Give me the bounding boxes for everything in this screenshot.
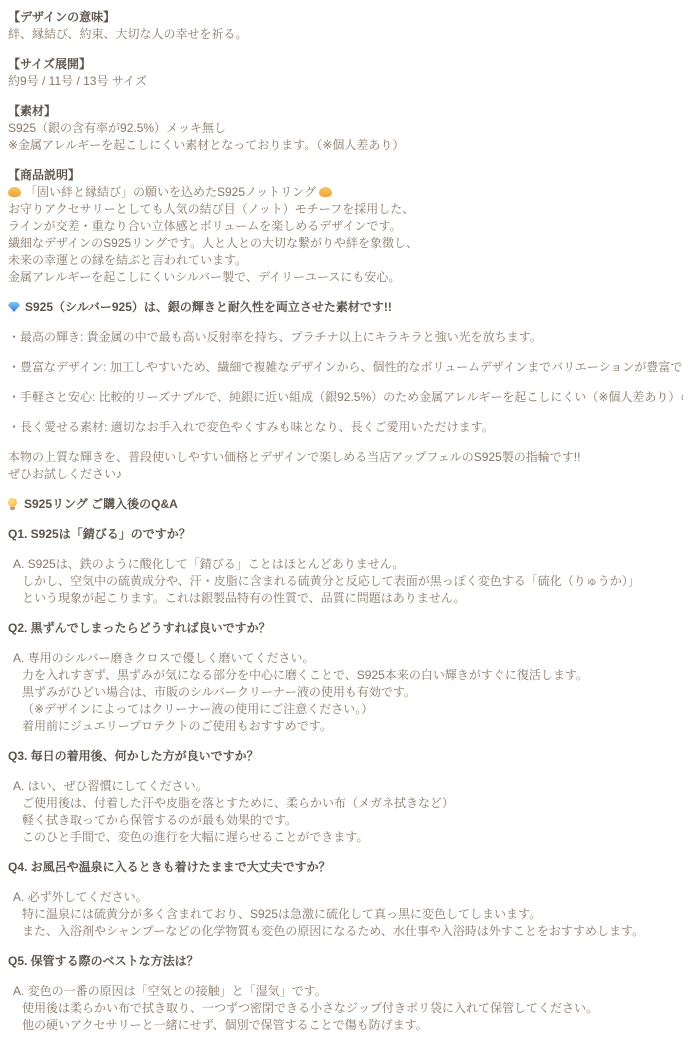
product-tagline: 「固い絆と縁結び」の願いを込めたS925ノットリング	[8, 184, 683, 201]
qa-answer-3: A. はい、ぜひ習慣にしてください。 ご使用後は、付着した汗や皮脂を落とすために…	[8, 778, 683, 846]
qa-answer-5: A. 変色の一番の原因は「空気との接触」と「湿気」です。 使用後は柔らかい布で拭…	[8, 983, 683, 1034]
qa-headline: S925リング ご購入後のQ&A	[8, 496, 683, 513]
answer-line: A. 必ず外してください。	[8, 889, 683, 906]
silver-feature-bullet: ・豊富なデザイン: 加工しやすいため、繊細で複雑なデザインから、個性的なボリュー…	[8, 359, 683, 376]
section-text-line: 未来の幸運との縁を結ぶと言われています。	[8, 252, 683, 269]
answer-line: 他の硬いアクセサリーと一緒にせず、個別で保管することで傷も防げます。	[8, 1017, 683, 1034]
answer-line: 特に温泉には硫黄分が多く含まれており、S925は急激に硫化して真っ黒に変色してし…	[8, 906, 683, 923]
silver-feature-bullet: ・長く愛せる素材: 適切なお手入れで変色やくすみも味となり、長くご愛用いただけま…	[8, 419, 683, 436]
lightbulb-icon	[8, 498, 17, 507]
section-text-line: ※金属アレルギーを起こしにくい素材となっております。（※個人差あり）	[8, 137, 683, 154]
section-product-description: 【商品説明】 「固い絆と縁結び」の願いを込めたS925ノットリング お守りアクセ…	[8, 167, 683, 286]
answer-line: 着用前にジュエリープロテクトのご使用もおすすめです。	[8, 718, 683, 735]
qa-question-1: Q1. S925は「錆びる」のですか？	[8, 526, 683, 543]
section-text-line: 絆、縁結び、約束、大切な人の幸せを祈る。	[8, 26, 683, 43]
closing-line: ぜひお試しください♪	[8, 466, 683, 483]
gem-icon	[8, 302, 20, 312]
section-heading: 【素材】	[8, 103, 683, 120]
answer-line: という現象が起こります。これは銀製品特有の性質で、品質に問題はありません。	[8, 590, 683, 607]
answer-line: 黒ずみがひどい場合は、市販のシルバークリーナー液の使用も有効です。	[8, 684, 683, 701]
section-text-line: ラインが交差・重なり合い立体感とボリュームを楽しめるデザインです。	[8, 218, 683, 235]
qa-headline-text: S925リング ご購入後のQ&A	[24, 497, 178, 511]
section-text-line: お守りアクセサリーとしても人気の結び目（ノット）モチーフを採用した、	[8, 201, 683, 218]
qa-question-2: Q2. 黒ずんでしまったらどうすれば良いですか？	[8, 620, 683, 637]
closing-block: 本物の上質な輝きを、普段使いしやすい価格とデザインで楽しめる当店アップフェルのS…	[8, 449, 683, 483]
silver-info-headline-block: S925（シルバー925）は、銀の輝きと耐久性を両立させた素材です!!	[8, 299, 683, 316]
answer-line: 力を入れすぎず、黒ずみが気になる部分を中心に磨くことで、S925本来の白い輝きが…	[8, 667, 683, 684]
closing-line: 本物の上質な輝きを、普段使いしやすい価格とデザインで楽しめる当店アップフェルのS…	[8, 449, 683, 466]
section-text-line: 約9号 / 11号 / 13号 サイズ	[8, 73, 683, 90]
qa-question-5: Q5. 保管する際のベストな方法は？	[8, 953, 683, 970]
section-material: 【素材】 S925（銀の含有率が92.5%）メッキ無し ※金属アレルギーを起こし…	[8, 103, 683, 154]
tagline-text: 「固い絆と縁結び」の願いを込めたS925ノットリング	[25, 185, 316, 199]
silver-feature-bullet: ・手軽さと安心: 比較的リーズナブルで、純銀に近い組成（銀92.5%）のため金属…	[8, 389, 683, 406]
qa-answer-1: A. S925は、鉄のように酸化して「錆びる」ことはほとんどありません。 しかし…	[8, 556, 683, 607]
handshake-icon	[8, 187, 21, 197]
silver-headline-text: S925（シルバー925）は、銀の輝きと耐久性を両立させた素材です!!	[25, 300, 392, 314]
qa-answer-2: A. 専用のシルバー磨きクロスで優しく磨いてください。 力を入れすぎず、黒ずみが…	[8, 650, 683, 735]
answer-line: A. 変色の一番の原因は「空気との接触」と「湿気」です。	[8, 983, 683, 1000]
answer-line: A. S925は、鉄のように酸化して「錆びる」ことはほとんどありません。	[8, 556, 683, 573]
answer-line: ご使用後は、付着した汗や皮脂を落とすために、柔らかい布（メガネ拭きなど）	[8, 795, 683, 812]
answer-line: しかし、空気中の硫黄成分や、汗・皮脂に含まれる硫黄分と反応して表面が黒っぽく変色…	[8, 573, 683, 590]
answer-line: A. はい、ぜひ習慣にしてください。	[8, 778, 683, 795]
section-text-line: 繊細なデザインのS925リングです。人と人との大切な繋がりや絆を象徴し、	[8, 235, 683, 252]
silver-headline: S925（シルバー925）は、銀の輝きと耐久性を両立させた素材です!!	[8, 299, 683, 316]
section-heading: 【商品説明】	[8, 167, 683, 184]
section-sizes: 【サイズ展開】 約9号 / 11号 / 13号 サイズ	[8, 56, 683, 90]
section-text-line: 金属アレルギーを起こしにくいシルバー製で、デイリーユースにも安心。	[8, 269, 683, 286]
product-description-page: 【デザインの意味】 絆、縁結び、約束、大切な人の幸せを祈る。 【サイズ展開】 約…	[0, 0, 691, 1034]
answer-line: A. 専用のシルバー磨きクロスで優しく磨いてください。	[8, 650, 683, 667]
qa-question-3: Q3. 毎日の着用後、何かした方が良いですか？	[8, 748, 683, 765]
answer-line: （※デザインによってはクリーナー液の使用にご注意ください。）	[8, 701, 683, 718]
handshake-icon	[319, 187, 332, 197]
answer-line: 使用後は柔らかい布で拭き取り、一つずつ密閉できる小さなジップ付きポリ袋に入れて保…	[8, 1000, 683, 1017]
answer-line: 軽く拭き取ってから保管するのが最も効果的です。	[8, 812, 683, 829]
silver-feature-bullet: ・最高の輝き: 貴金属の中で最も高い反射率を持ち、プラチナ以上にキラキラと強い光…	[8, 329, 683, 346]
answer-line: このひと手間で、変色の進行を大幅に遅らせることができます。	[8, 829, 683, 846]
answer-line: また、入浴剤やシャンプーなどの化学物質も変色の原因になるため、水仕事や入浴時は外…	[8, 923, 683, 940]
section-heading: 【デザインの意味】	[8, 9, 683, 26]
section-heading: 【サイズ展開】	[8, 56, 683, 73]
section-design-meaning: 【デザインの意味】 絆、縁結び、約束、大切な人の幸せを祈る。	[8, 9, 683, 43]
qa-answer-4: A. 必ず外してください。 特に温泉には硫黄分が多く含まれており、S925は急激…	[8, 889, 683, 940]
section-text-line: S925（銀の含有率が92.5%）メッキ無し	[8, 120, 683, 137]
qa-question-4: Q4. お風呂や温泉に入るときも着けたままで大丈夫ですか？	[8, 859, 683, 876]
